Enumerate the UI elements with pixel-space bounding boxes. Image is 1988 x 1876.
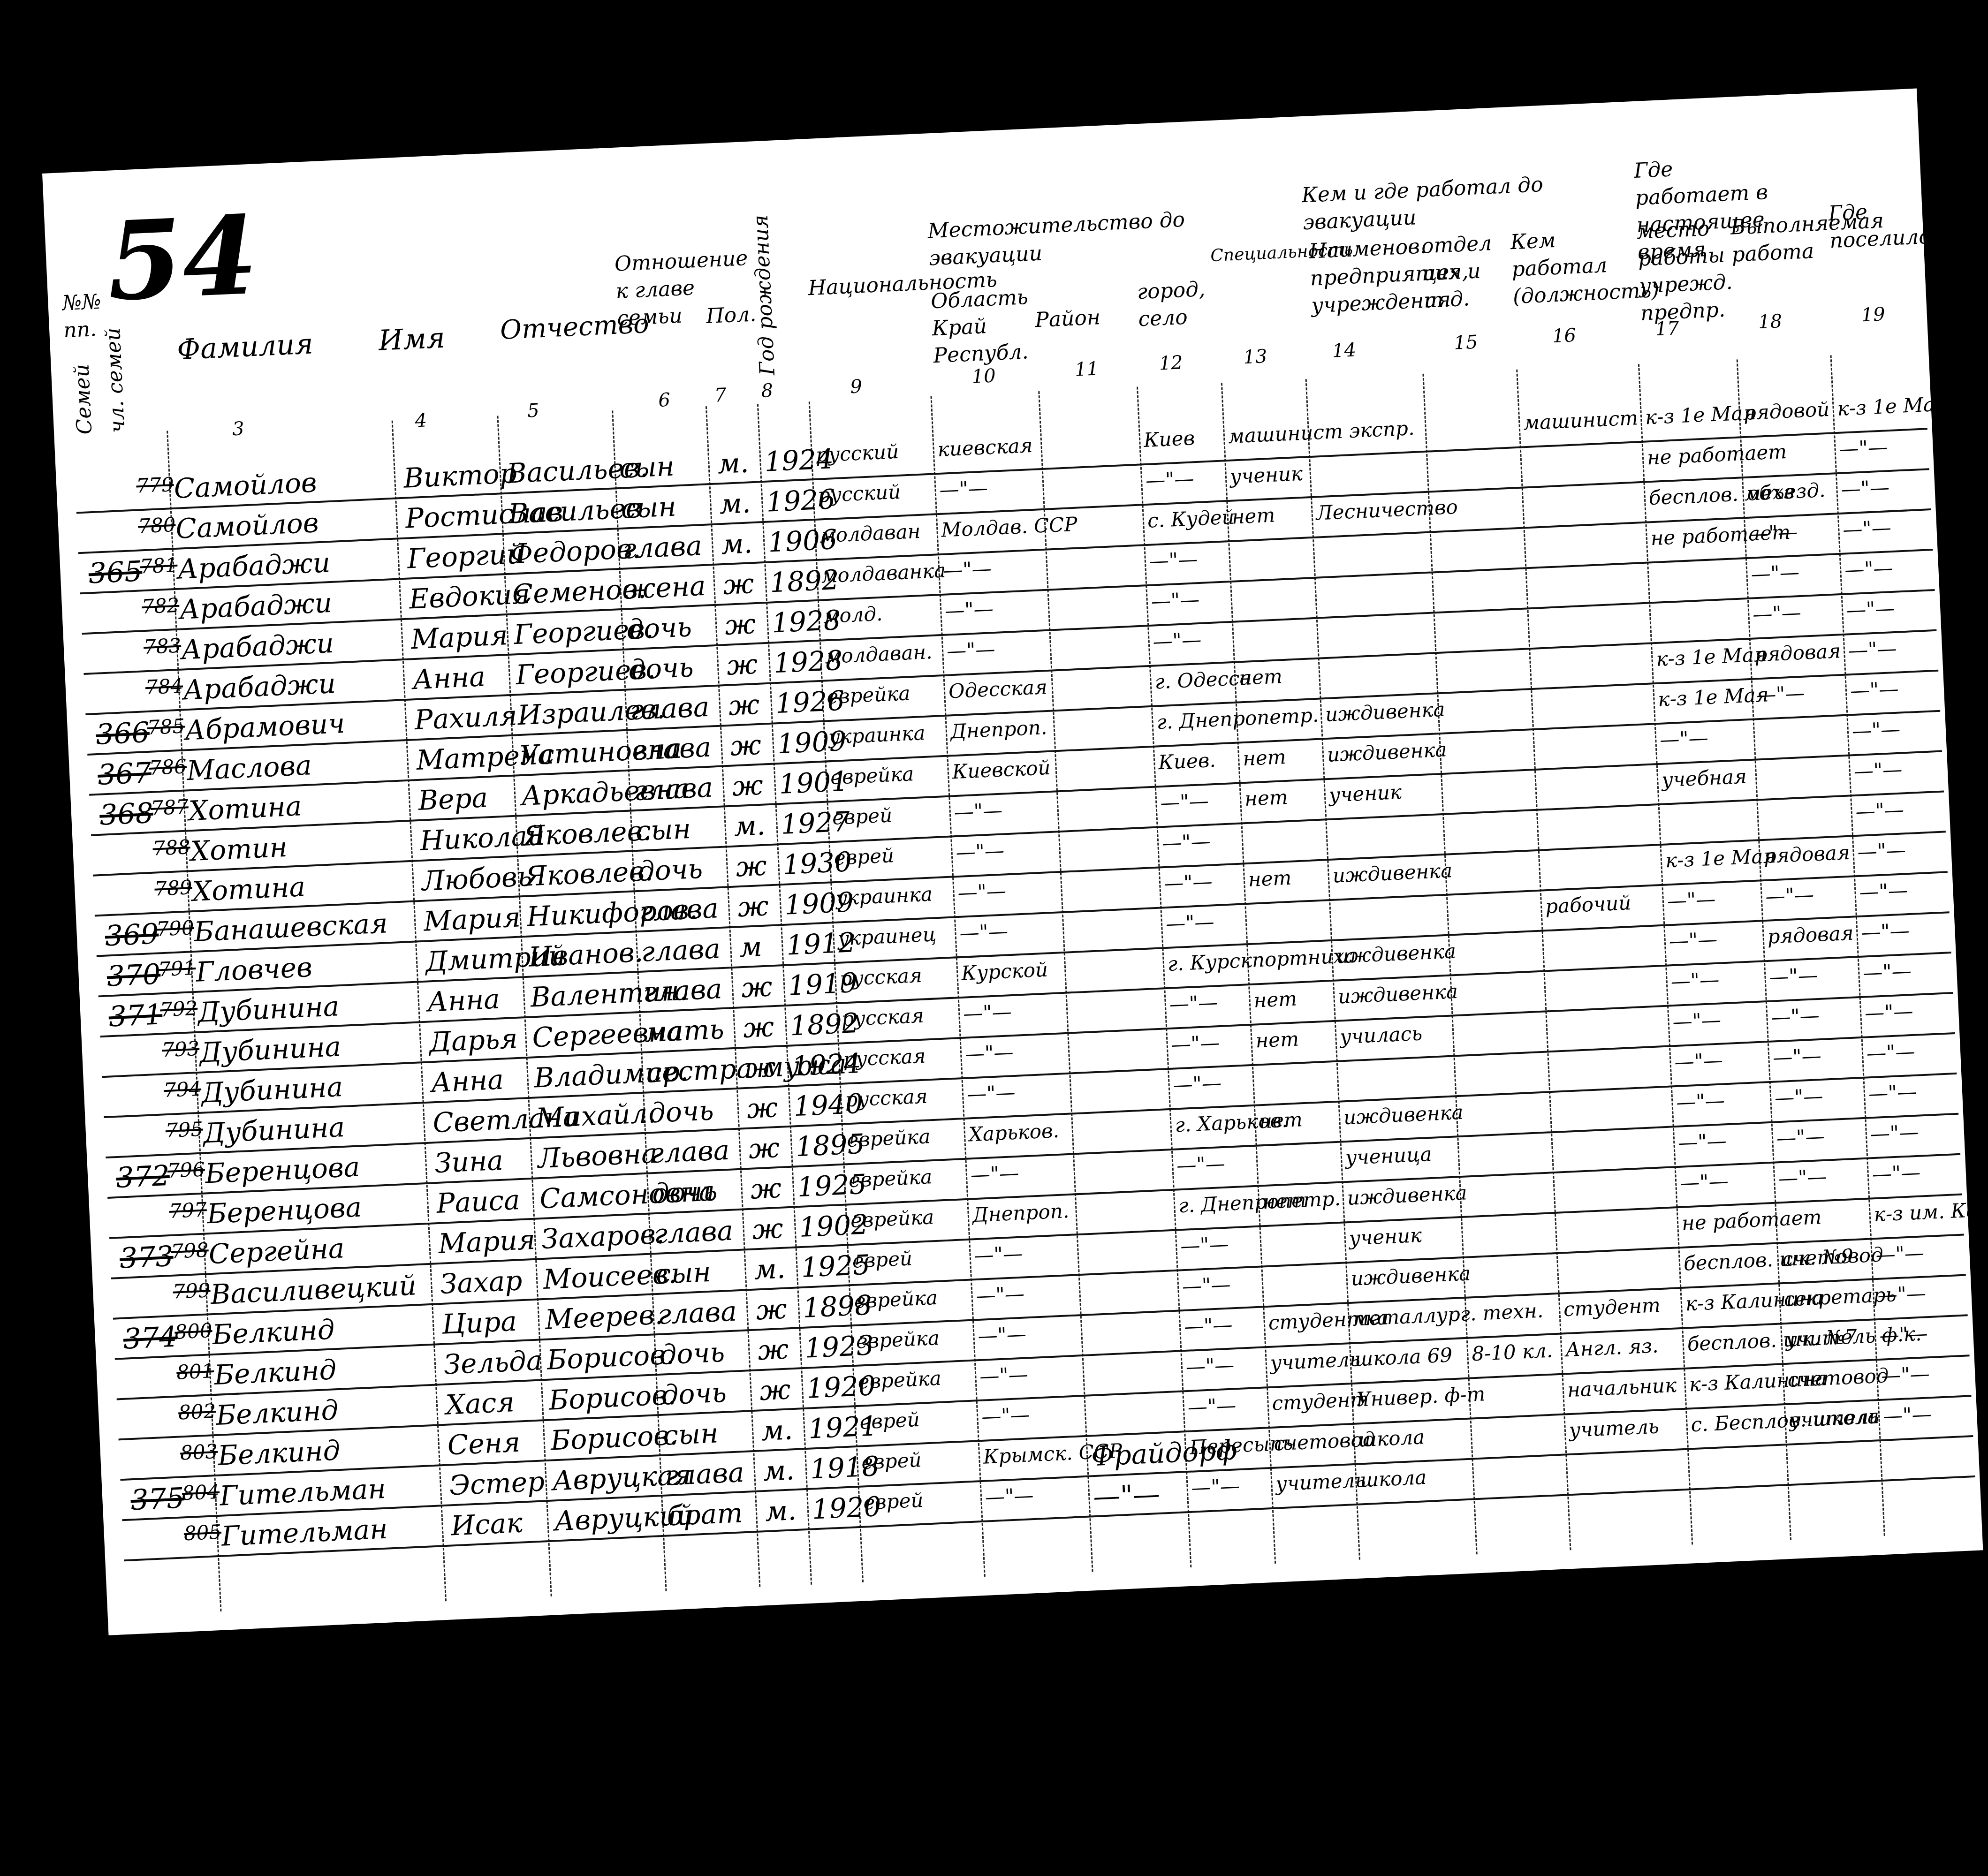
current-job: объезд. xyxy=(1747,478,1826,505)
relation: сын xyxy=(655,1256,712,1290)
header-position: Кем работал (должность) xyxy=(1510,225,1608,310)
surname: Белкинд xyxy=(213,1354,337,1391)
colnum: 19 xyxy=(1861,303,1886,326)
specialty: машинист экспр. xyxy=(1228,416,1415,448)
sex: м. xyxy=(764,1494,797,1528)
city: Киев xyxy=(1143,426,1195,452)
sex: ж xyxy=(735,849,767,883)
header-specialty: Специальность xyxy=(1210,239,1295,270)
specialty: нет xyxy=(1259,1108,1303,1133)
enterprise: ученица xyxy=(1345,1142,1432,1169)
specialty: нет xyxy=(1248,866,1292,891)
current-workplace: —"— xyxy=(1676,1089,1725,1114)
header-enterprise: Наименов. предприятия, учреждения xyxy=(1308,234,1406,320)
relation: глава xyxy=(622,530,703,565)
first-name: Цира xyxy=(441,1305,518,1340)
settled-place: —"— xyxy=(1857,838,1906,863)
specialty: нет xyxy=(1255,1027,1299,1052)
settled-place: —"— xyxy=(1879,1322,1928,1347)
specialty: нет xyxy=(1238,665,1282,689)
patronymic: Львовна xyxy=(537,1137,658,1175)
region: —"— xyxy=(981,1403,1030,1428)
nationality: еврей xyxy=(863,1489,924,1514)
surname: Арабаджи xyxy=(179,587,333,626)
current-job: —"— xyxy=(1748,520,1798,545)
member-number: 802 xyxy=(178,1399,216,1424)
relation: дочь xyxy=(659,1336,725,1371)
surname: Хотин xyxy=(190,831,288,867)
member-number: 779 xyxy=(136,473,174,498)
settled-place: —"— xyxy=(1840,476,1889,501)
settled-place: —"— xyxy=(1877,1281,1926,1307)
family-number: 365 xyxy=(88,555,143,590)
sex: ж xyxy=(724,608,757,641)
first-name: Георгий xyxy=(407,537,525,575)
member-number: 792 xyxy=(159,997,198,1021)
enterprise: училась xyxy=(1339,1021,1423,1048)
colnum: 4 xyxy=(415,409,428,431)
member-number: 783 xyxy=(143,634,182,659)
sex: ж xyxy=(757,1333,789,1366)
sex: ж xyxy=(737,890,769,923)
family-number: 369 xyxy=(104,917,159,953)
family-number: 368 xyxy=(99,797,154,832)
nationality: еврейка xyxy=(856,1326,940,1353)
city: —"— xyxy=(1173,1071,1222,1097)
region: —"— xyxy=(970,1161,1019,1187)
colnum: 13 xyxy=(1243,346,1267,368)
sex: ж xyxy=(731,769,764,802)
first-name: Мария xyxy=(423,901,522,937)
member-number: 805 xyxy=(183,1520,222,1545)
patronymic: Борисов. xyxy=(546,1339,675,1376)
relation: глава xyxy=(633,772,713,807)
header-no-label: №№ пп. xyxy=(61,287,139,344)
enterprise: иждивенка xyxy=(1343,1101,1464,1129)
relation: сын xyxy=(635,813,691,847)
nationality: еврей xyxy=(832,803,893,829)
patronymic: Федоров. xyxy=(509,532,641,570)
first-name: Исак xyxy=(450,1507,523,1542)
member-number: 786 xyxy=(149,755,187,779)
department: 8-10 кл. xyxy=(1471,1339,1553,1366)
nationality: еврейка xyxy=(857,1367,942,1393)
surname: Белкинд xyxy=(217,1434,341,1472)
current-workplace: к-з 1е Мая xyxy=(1655,643,1767,671)
city: —"— xyxy=(1165,910,1214,935)
first-name: Раиса xyxy=(436,1184,521,1219)
settled-place: —"— xyxy=(1868,1080,1917,1105)
relation: брат xyxy=(666,1497,744,1532)
sex: ж xyxy=(722,567,755,601)
relation: мать xyxy=(644,1013,725,1049)
surname: Абрамович xyxy=(184,707,346,746)
enterprise: ученик xyxy=(1349,1224,1422,1250)
patronymic: Михайл. xyxy=(535,1097,657,1135)
city: —"— xyxy=(1185,1353,1235,1378)
member-number: 780 xyxy=(137,513,176,538)
member-number: 788 xyxy=(152,835,190,860)
family-number: 372 xyxy=(115,1159,171,1195)
nationality: русский xyxy=(815,440,900,467)
enterprise: иждивенка xyxy=(1347,1181,1468,1210)
first-name: Захар xyxy=(440,1264,523,1300)
current-job: —"— xyxy=(1776,1125,1825,1150)
nationality: русская xyxy=(842,1044,926,1071)
surname: Банашевская xyxy=(193,907,388,948)
settled-place: к-з 1е Мая xyxy=(1837,392,1949,420)
settled-place: —"— xyxy=(1848,637,1897,662)
surname: Арабаджи xyxy=(181,627,334,666)
enterprise: иждивенка xyxy=(1325,698,1446,726)
nationality: еврейка xyxy=(846,1125,931,1151)
document-page: 54 №№ пп. Семей чл. семей Фамилия Имя От… xyxy=(42,89,1983,1635)
nationality: украинка xyxy=(835,883,933,910)
current-job: —"— xyxy=(1768,963,1818,989)
sex: м. xyxy=(733,809,766,843)
relation: сын xyxy=(618,450,675,484)
surname: Дубинина xyxy=(201,1071,344,1109)
member-number: 785 xyxy=(147,714,185,739)
settled-place: —"— xyxy=(1866,1040,1915,1065)
current-workplace: —"— xyxy=(1679,1169,1729,1195)
member-number: 797 xyxy=(169,1198,207,1223)
surname: Дубинина xyxy=(203,1111,346,1150)
relation: глава xyxy=(650,1134,730,1170)
sex: м. xyxy=(753,1253,786,1286)
first-name: Любовь xyxy=(421,860,533,897)
sex: ж xyxy=(743,1011,775,1044)
enterprise: иждивенка xyxy=(1337,980,1458,1008)
region: —"— xyxy=(979,1362,1028,1388)
first-name: Эстер xyxy=(448,1465,545,1501)
header-work-done: Выполняемая работа xyxy=(1730,211,1817,269)
header-birth-year: Год рождения xyxy=(749,214,780,376)
settled-place: к-з им. Калинина xyxy=(1874,1195,1988,1226)
surname: Хотина xyxy=(191,870,306,908)
region: киевская xyxy=(937,434,1033,461)
member-number: 793 xyxy=(161,1037,200,1062)
nationality: еврей xyxy=(859,1408,920,1434)
enterprise: Универ. ф-т xyxy=(1356,1382,1486,1411)
member-number: 795 xyxy=(165,1118,204,1142)
surname: Белкинд xyxy=(215,1394,339,1431)
current-job: рядовой xyxy=(1743,398,1830,424)
header-nationality: Национальность xyxy=(807,271,902,302)
sex: ж xyxy=(755,1293,788,1326)
city: —"— xyxy=(1191,1474,1240,1499)
member-number: 794 xyxy=(163,1077,202,1102)
current-workplace: —"— xyxy=(1670,968,1720,993)
member-number: 798 xyxy=(170,1238,209,1263)
colnum: 16 xyxy=(1552,325,1577,347)
nationality: русский xyxy=(817,480,902,507)
region: —"— xyxy=(959,919,1008,945)
surname: Белкинд xyxy=(212,1313,335,1351)
position: машинист xyxy=(1523,406,1639,434)
current-workplace: —"— xyxy=(1674,1048,1723,1074)
colnum: 8 xyxy=(761,380,774,402)
member-number: 796 xyxy=(167,1157,205,1182)
specialty: ученик xyxy=(1229,462,1303,488)
enterprise: школа xyxy=(1358,1425,1425,1451)
member-number: 789 xyxy=(154,876,192,900)
relation: глава xyxy=(640,932,721,968)
first-name: Мария xyxy=(410,619,508,655)
family-number: 375 xyxy=(130,1482,185,1517)
region: —"— xyxy=(956,839,1005,864)
surname: Маслова xyxy=(186,749,312,787)
member-number: 790 xyxy=(156,916,194,941)
city: —"— xyxy=(1180,1233,1229,1258)
position: Англ. яз. xyxy=(1565,1334,1659,1361)
first-name: Сеня xyxy=(447,1426,521,1461)
relation: глава xyxy=(657,1295,737,1331)
settled-place: —"— xyxy=(1853,757,1903,783)
current-workplace: к-з 1е Мая xyxy=(1645,401,1756,429)
current-job: —"— xyxy=(1756,681,1805,707)
header-sex: Пол. xyxy=(706,301,757,330)
city: —"— xyxy=(1171,1031,1220,1056)
relation: глава xyxy=(653,1215,734,1250)
current-job: счетовод xyxy=(1787,1364,1889,1392)
current-job: рядовая xyxy=(1754,639,1841,666)
surname: Беренцова xyxy=(206,1191,362,1230)
position: учитель xyxy=(1569,1415,1660,1442)
city: г. Одесса xyxy=(1154,666,1252,693)
region: Одесская xyxy=(948,675,1048,703)
header-surname: Фамилия xyxy=(176,330,314,363)
relation: жена xyxy=(624,570,706,605)
current-job: —"— xyxy=(1770,1004,1820,1029)
nationality: русская xyxy=(839,964,923,991)
surname: Беренцова xyxy=(205,1151,361,1190)
specialty: нет xyxy=(1253,987,1298,1012)
family-number: 366 xyxy=(95,716,151,751)
relation: сын xyxy=(620,490,677,524)
region: Харьков. xyxy=(968,1119,1060,1146)
sex: м. xyxy=(719,487,751,520)
nationality: еврей xyxy=(834,844,895,870)
relation: дочь xyxy=(648,1094,714,1129)
settled-place: —"— xyxy=(1870,1120,1919,1146)
relation: глава xyxy=(630,691,710,726)
surname: Самойлов xyxy=(175,507,319,545)
first-name: Зина xyxy=(434,1144,504,1180)
settled-place: —"— xyxy=(1855,798,1905,823)
nationality: еврейка xyxy=(850,1205,934,1232)
member-number: 784 xyxy=(145,674,183,699)
relation: дочь xyxy=(651,1175,718,1210)
enterprise: школа 69 xyxy=(1354,1343,1453,1370)
first-name: Вера xyxy=(417,781,489,817)
current-job: —"— xyxy=(1778,1165,1827,1190)
colnum: 5 xyxy=(527,400,540,422)
nationality: украинка xyxy=(828,721,926,749)
region: —"— xyxy=(963,1000,1012,1025)
nationality: русская xyxy=(844,1084,928,1111)
current-job: —"— xyxy=(1750,560,1799,586)
enterprise: иждивенка xyxy=(1351,1262,1472,1290)
settled-place: —"— xyxy=(1860,919,1910,944)
patronymic: Борисов. xyxy=(550,1419,678,1456)
enterprise: ученик xyxy=(1328,780,1402,807)
patronymic: Борисов. xyxy=(548,1378,676,1416)
settled-place: —"— xyxy=(1882,1402,1932,1428)
nationality: еврей xyxy=(861,1448,922,1474)
current-workplace: —"— xyxy=(1672,1008,1722,1034)
current-job: счетовод xyxy=(1782,1243,1884,1271)
current-job: учитель xyxy=(1789,1405,1880,1432)
member-number: 782 xyxy=(141,594,180,619)
region: —"— xyxy=(985,1483,1034,1509)
first-name: Зельда xyxy=(443,1344,543,1380)
member-number: 803 xyxy=(180,1440,218,1465)
enterprise: Лесничество xyxy=(1316,495,1458,525)
settled-place: —"— xyxy=(1846,597,1895,622)
region: Киевской xyxy=(952,756,1051,783)
colnum: 7 xyxy=(714,384,727,406)
relation: глава xyxy=(664,1456,745,1492)
header-city: город, село xyxy=(1137,276,1200,333)
specialty: нет xyxy=(1262,1188,1306,1213)
relation: дочь xyxy=(628,651,694,686)
sex: м xyxy=(739,930,763,963)
nationality: еврей xyxy=(852,1247,913,1272)
region: —"— xyxy=(942,557,992,582)
current-workplace: не работает xyxy=(1681,1205,1822,1234)
sex: м. xyxy=(761,1414,794,1447)
colnum: 10 xyxy=(971,365,996,387)
relation: дочь xyxy=(660,1377,727,1411)
region: —"— xyxy=(946,637,995,663)
city: —"— xyxy=(1169,991,1218,1016)
sex: ж xyxy=(748,1132,780,1165)
header-where-settled: Где поселился xyxy=(1828,197,1915,255)
colnum: 18 xyxy=(1758,310,1783,333)
sex: ж xyxy=(729,729,762,762)
specialty: нет xyxy=(1231,504,1275,529)
city: —"— xyxy=(1151,588,1200,613)
city: —"— xyxy=(1182,1273,1231,1298)
settled-place: —"— xyxy=(1862,959,1912,984)
relation: дочь xyxy=(637,853,703,887)
current-workplace: к-з 1е Мая xyxy=(1657,683,1769,711)
city: г. Днепропетр. xyxy=(1156,703,1319,734)
family-number: 371 xyxy=(108,998,163,1033)
member-number: 804 xyxy=(182,1480,220,1505)
region: —"— xyxy=(975,1282,1024,1308)
current-workplace: —"— xyxy=(1667,887,1716,913)
family-number: 370 xyxy=(106,958,161,993)
settled-place: —"— xyxy=(1844,556,1893,582)
city: —"— xyxy=(1149,547,1198,573)
current-job: рядовая xyxy=(1767,922,1854,948)
nationality: украинец xyxy=(837,923,937,950)
relation: дочь xyxy=(626,611,692,645)
family-number: 373 xyxy=(119,1240,175,1275)
current-job: —"— xyxy=(1765,883,1814,908)
colnum: 3 xyxy=(232,418,245,440)
settled-place: —"— xyxy=(1850,677,1899,703)
family-number: 374 xyxy=(122,1321,178,1356)
specialty: нет xyxy=(1242,745,1286,770)
patronymic: Захаров. xyxy=(541,1218,665,1255)
city: —"— xyxy=(1145,467,1194,492)
surname: Хотина xyxy=(188,790,302,827)
enterprise: иждивенка xyxy=(1332,859,1453,887)
header-region: Область Край Республ. xyxy=(930,284,1028,370)
header-district: Район xyxy=(1034,304,1101,334)
first-name: Хася xyxy=(445,1386,515,1421)
first-name: Анна xyxy=(412,660,486,696)
region: Днепроп. xyxy=(972,1199,1070,1226)
sex: ж xyxy=(744,1051,777,1084)
nationality: молдаван xyxy=(819,520,921,547)
header-department: отдел цех и т.д. xyxy=(1421,230,1495,315)
relation: сын xyxy=(662,1417,719,1451)
surname: Гительман xyxy=(221,1513,388,1552)
current-workplace: учебная xyxy=(1661,765,1747,792)
colnum: 11 xyxy=(1074,358,1099,380)
current-job: —"— xyxy=(1752,601,1801,626)
city: —"— xyxy=(1184,1313,1233,1338)
colnum: 9 xyxy=(850,376,863,398)
relation: глава xyxy=(631,731,712,767)
region: —"— xyxy=(954,799,1003,824)
current-workplace: —"— xyxy=(1659,726,1708,751)
city: г. Днепропетр. xyxy=(1178,1187,1341,1218)
sex: ж xyxy=(746,1091,778,1125)
settled-place: —"— xyxy=(1872,1161,1921,1186)
region: —"— xyxy=(964,1040,1014,1066)
current-workplace: —"— xyxy=(1669,928,1718,953)
surname: Гловчев xyxy=(195,951,313,988)
sex: м. xyxy=(763,1454,796,1487)
family-number: 367 xyxy=(97,756,152,792)
settled-place: —"— xyxy=(1881,1362,1930,1387)
nationality: русская xyxy=(841,1004,924,1031)
nationality: еврейка xyxy=(826,681,911,708)
header-member-no: чл. семей xyxy=(101,327,129,433)
enterprise: металлург. техн. xyxy=(1352,1299,1544,1330)
first-name: Рахиля xyxy=(414,699,518,736)
relation: глава xyxy=(642,973,723,1008)
sex: ж xyxy=(750,1172,782,1205)
city: г. Курск xyxy=(1167,949,1252,976)
current-workplace: к-з 1е Мая xyxy=(1665,844,1776,872)
sex: ж xyxy=(741,970,773,1004)
first-name: Анна xyxy=(430,1063,504,1098)
specialty: учитель xyxy=(1270,1347,1361,1375)
region: Курской xyxy=(961,958,1048,985)
nationality: молдаванка xyxy=(821,559,947,588)
surname: Дубинина xyxy=(199,1030,342,1069)
header-family-no: Семей xyxy=(70,363,97,435)
surname: Гительман xyxy=(219,1473,387,1512)
surname: Сергейна xyxy=(208,1232,345,1270)
current-job: рядовая xyxy=(1763,841,1851,868)
member-number: 801 xyxy=(176,1359,214,1384)
header-relation: Отношение к главе семьи xyxy=(614,247,698,333)
surname: Дубинина xyxy=(197,990,340,1029)
region: —"— xyxy=(957,879,1006,904)
relation: глава xyxy=(638,892,719,928)
patronymic: Яковлев. xyxy=(523,815,652,852)
first-name: Мария xyxy=(438,1224,536,1260)
city: —"— xyxy=(1187,1393,1237,1419)
current-workplace: не работает xyxy=(1647,440,1787,469)
